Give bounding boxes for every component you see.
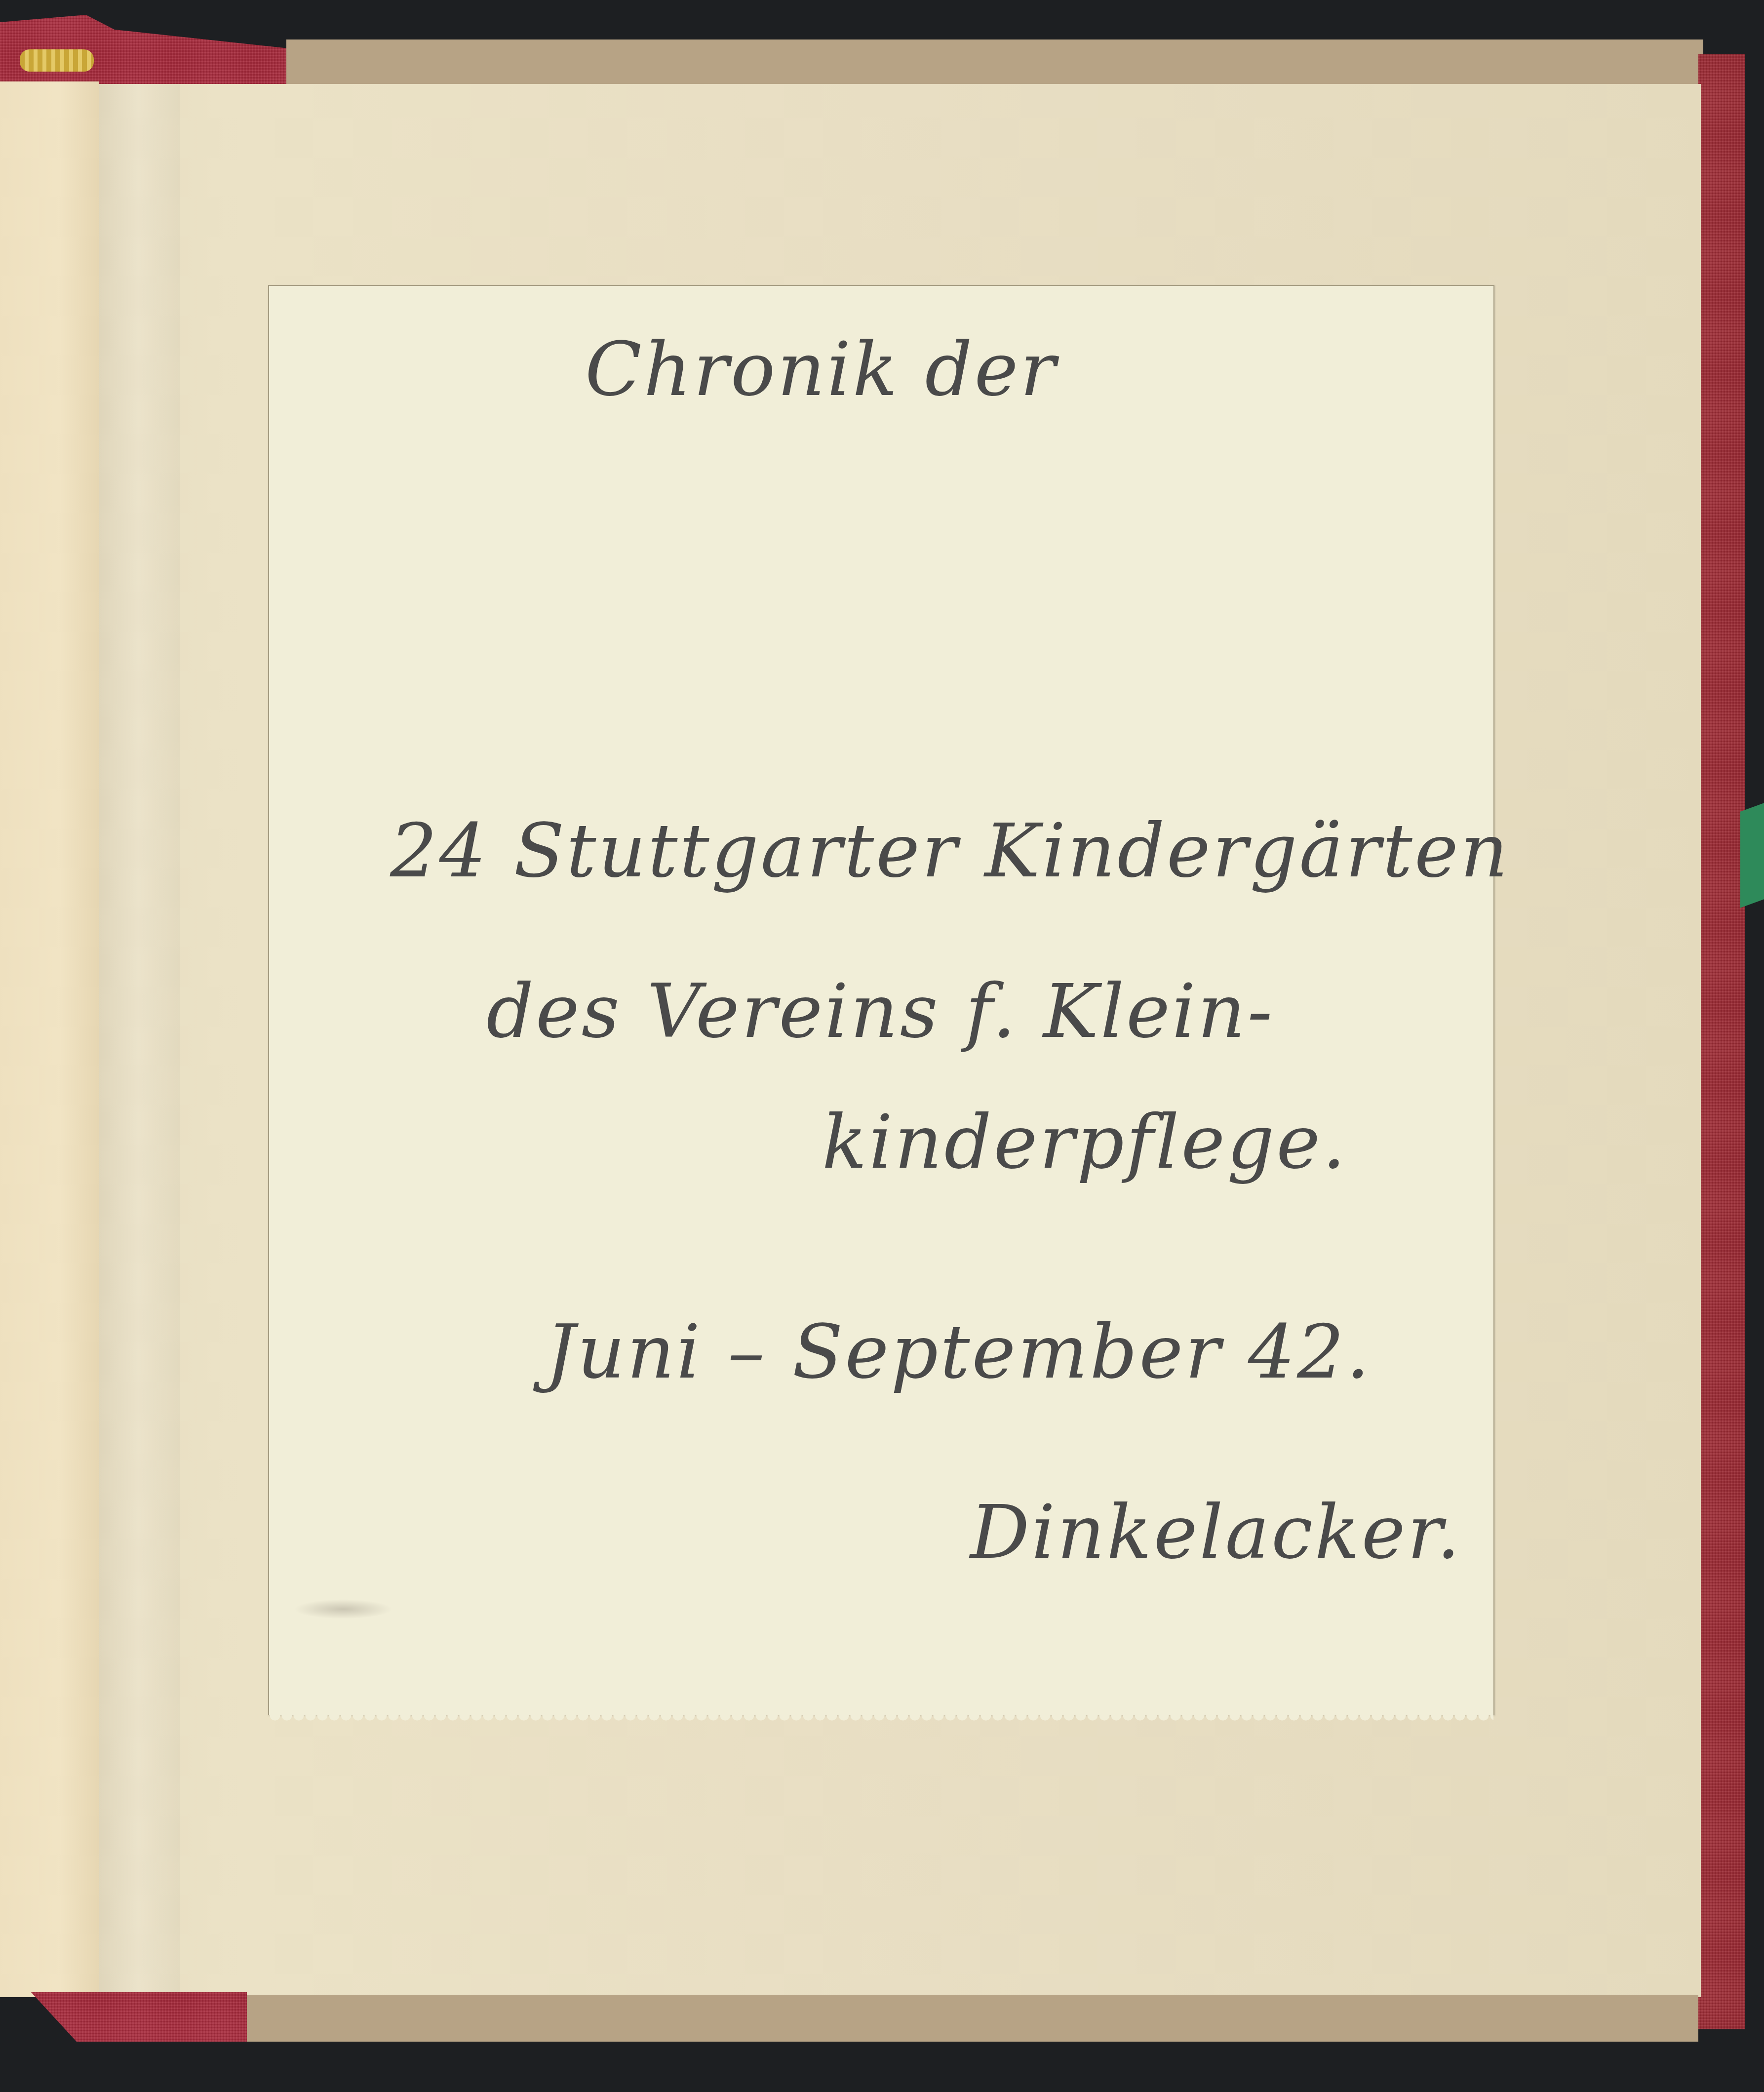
pencil-smudge xyxy=(294,1599,392,1619)
binding-cloth-right-edge xyxy=(1698,54,1745,2029)
note-line-association-cont: kinderpflege. xyxy=(822,1105,1348,1180)
binding-cloth-bottom xyxy=(20,1992,247,2042)
note-line-date-range: Juni – September 42. xyxy=(546,1315,1372,1389)
flyleaf-edge xyxy=(0,81,99,1997)
mounted-title-note: Chronik der 24 Stuttgarter Kindergärten … xyxy=(268,285,1494,1715)
bookmark-ribbon xyxy=(1740,803,1764,908)
note-line-title: Chronik der xyxy=(585,333,1058,407)
top-tape-strip xyxy=(286,39,1703,89)
note-line-subject: 24 Stuttgarter Kindergärten xyxy=(390,814,1510,888)
note-line-signature: Dinkelacker. xyxy=(970,1496,1462,1570)
headband-thread xyxy=(20,49,94,72)
page-gutter xyxy=(96,84,180,1997)
note-line-association: des Vereins f. Klein- xyxy=(486,975,1274,1049)
bottom-tape-strip xyxy=(247,1995,1698,2042)
